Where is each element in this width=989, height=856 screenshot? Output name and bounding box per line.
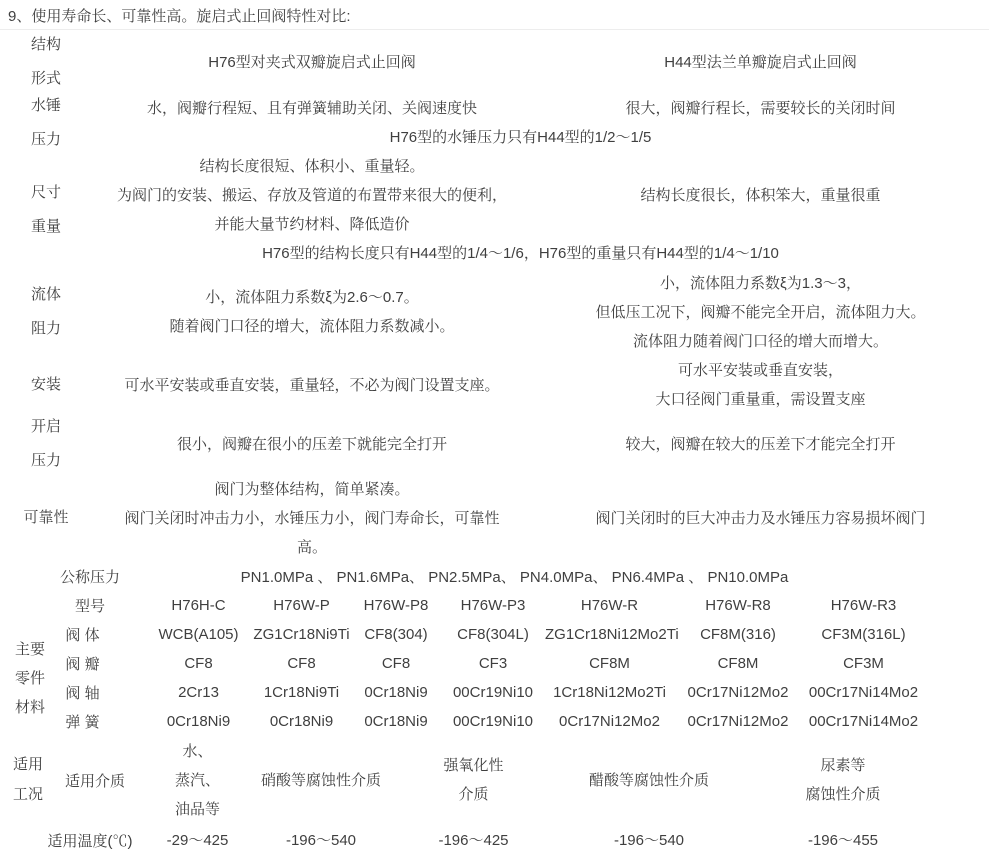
row-label-structure: 结构 形式 (0, 30, 92, 94)
model-value: H76W-R (545, 591, 674, 620)
conditions-inner: 适用介质 水、 蒸汽、 油品等 硝酸等腐蚀性介质 强氧化性 介质 醋酸等腐蚀性介… (0, 737, 989, 824)
valve-body-value: CF3M(316L) (802, 626, 925, 643)
temperature-label: 适用温度(℃) (0, 830, 145, 851)
h44-installation-cell: 可水平安装或垂直安装， 大口径阀门重量重，需设置支座 (532, 356, 989, 414)
media-value: 强氧化性 介质 (392, 737, 555, 824)
media-value: 水、 蒸汽、 油品等 (145, 737, 250, 824)
spring-value: 0Cr18Ni9 (252, 713, 351, 730)
spring-value: 0Cr18Ni9 (351, 713, 441, 730)
model-value: H76W-P8 (351, 591, 441, 620)
model-label: 型号 (0, 595, 145, 616)
model-values: H76H-C H76W-P H76W-P8 H76W-P3 H76W-R H76… (145, 591, 989, 620)
h44-flow-resistance-cell: 小，流体阻力系数ξ为1.3～3， 但低压工况下，阀瓣不能完全开启，流体阻力大。 … (532, 268, 989, 356)
valve-shaft-value: 00Cr17Ni14Mo2 (802, 684, 925, 701)
valve-disc-value: CF3 (441, 655, 545, 672)
spring-value: 0Cr17Ni12Mo2 (545, 713, 674, 730)
row-body: 结构长度很短、体积小、重量轻。 为阀门的安装、搬运、存放及管道的布置带来很大的便… (92, 152, 989, 239)
h44-size-weight-cell: 结构长度很长，体积笨大，重量很重 (532, 152, 989, 239)
row-body: 可水平安装或垂直安装，重量轻，不必为阀门设置支座。 可水平安装或垂直安装， 大口… (92, 356, 989, 414)
h76-structure-cell: H76型对夹式双瓣旋启式止回阀 (92, 30, 532, 94)
row-water-hammer: 水锤 压力 水，阀瓣行程短、且有弹簧辅助关闭、关阀速度快 很大，阀瓣行程长，需要… (0, 94, 989, 152)
size-weight-note: H76型的结构长度只有H44型的1/4～1/6，H76型的重量只有H44型的1/… (92, 239, 989, 268)
row-label-water-hammer: 水锤 压力 (0, 94, 92, 152)
row-body: 水，阀瓣行程短、且有弹簧辅助关闭、关阀速度快 很大，阀瓣行程长，需要较长的关闭时… (92, 94, 989, 123)
row-applicable-temperature: 适用温度(℃) -29～425 -196～540 -196～425 -196～5… (0, 824, 989, 856)
row-spring: 弹 簧 0Cr18Ni9 0Cr18Ni9 0Cr18Ni9 00Cr19Ni1… (0, 707, 989, 736)
nominal-pressure-label: 公称压力 (0, 566, 145, 587)
temperature-value: -196～540 (250, 826, 392, 855)
model-value: H76W-P (252, 591, 351, 620)
model-value: H76W-R3 (802, 591, 925, 620)
valve-body-values: WCB(A105) ZG1Cr18Ni9Ti CF8(304) CF8(304L… (145, 626, 925, 643)
row-installation: 安装 可水平安装或垂直安装，重量轻，不必为阀门设置支座。 可水平安装或垂直安装，… (0, 356, 989, 414)
media-value: 尿素等 腐蚀性介质 (743, 737, 943, 824)
row-label-installation: 安装 (0, 356, 92, 414)
comparison-table: 结构 形式 H76型对夹式双瓣旋启式止回阀 H44型法兰单瓣旋启式止回阀 水锤 … (0, 29, 989, 856)
valve-disc-value: CF3M (802, 655, 925, 672)
row-valve-shaft: 阀 轴 2Cr13 1Cr18Ni9Ti 0Cr18Ni9 00Cr19Ni10… (0, 678, 989, 707)
valve-shaft-value: 00Cr19Ni10 (441, 684, 545, 701)
spring-value: 0Cr18Ni9 (145, 713, 252, 730)
h76-opening-pressure-cell: 很小，阀瓣在很小的压差下就能完全打开 (92, 414, 532, 474)
spring-value: 00Cr17Ni14Mo2 (802, 713, 925, 730)
temperature-value: -29～425 (145, 826, 250, 855)
valve-shaft-value: 1Cr18Ni9Ti (252, 684, 351, 701)
row-structure: 结构 形式 H76型对夹式双瓣旋启式止回阀 H44型法兰单瓣旋启式止回阀 (0, 30, 989, 94)
row-opening-pressure: 开启 压力 很小，阀瓣在很小的压差下就能完全打开 较大，阀瓣在较大的压差下才能完… (0, 414, 989, 474)
row-size-weight: 尺寸 重量 结构长度很短、体积小、重量轻。 为阀门的安装、搬运、存放及管道的布置… (0, 152, 989, 268)
spring-values: 0Cr18Ni9 0Cr18Ni9 0Cr18Ni9 00Cr19Ni10 0C… (145, 713, 925, 730)
row-label-flow-resistance: 流体 阻力 (0, 268, 92, 356)
valve-disc-values: CF8 CF8 CF8 CF3 CF8M CF8M CF3M (145, 655, 925, 672)
valve-disc-value: CF8M (674, 655, 802, 672)
temperature-value: -196～455 (743, 826, 943, 855)
row-valve-body: 阀 体 WCB(A105) ZG1Cr18Ni9Ti CF8(304) CF8(… (0, 620, 989, 649)
row-valve-disc: 阀 瓣 CF8 CF8 CF8 CF3 CF8M CF8M CF3M (0, 649, 989, 678)
row-body: 很小，阀瓣在很小的压差下就能完全打开 较大，阀瓣在较大的压差下才能完全打开 (92, 414, 989, 474)
valve-disc-value: CF8 (252, 655, 351, 672)
row-label-size-weight: 尺寸 重量 (0, 152, 92, 268)
valve-body-value: WCB(A105) (145, 626, 252, 643)
spring-value: 0Cr17Ni12Mo2 (674, 713, 802, 730)
h44-opening-pressure-cell: 较大，阀瓣在较大的压差下才能完全打开 (532, 414, 989, 474)
media-value: 醋酸等腐蚀性介质 (555, 737, 743, 824)
model-value: H76W-P3 (441, 591, 545, 620)
h44-reliability-cell: 阀门关闭时的巨大冲击力及水锤压力容易损坏阀门 (532, 474, 989, 562)
page: 9、使用寿命长、可靠性高。旋启式止回阀特性对比: 结构 形式 H76型对夹式双瓣… (0, 0, 989, 856)
media-values: 水、 蒸汽、 油品等 硝酸等腐蚀性介质 强氧化性 介质 醋酸等腐蚀性介质 尿素等… (145, 737, 943, 824)
valve-shaft-value: 0Cr17Ni12Mo2 (674, 684, 802, 701)
h76-size-weight-cell: 结构长度很短、体积小、重量轻。 为阀门的安装、搬运、存放及管道的布置带来很大的便… (92, 152, 532, 239)
valve-shaft-value: 0Cr18Ni9 (351, 684, 441, 701)
materials-group-label: 主要 零件 材料 (0, 620, 60, 736)
media-value: 硝酸等腐蚀性介质 (250, 737, 392, 824)
row-body: H76型对夹式双瓣旋启式止回阀 H44型法兰单瓣旋启式止回阀 (92, 30, 989, 94)
water-hammer-note: H76型的水锤压力只有H44型的1/2～1/5 (92, 123, 989, 152)
valve-body-value: CF8(304L) (441, 626, 545, 643)
row-reliability: 可靠性 阀门为整体结构，简单紧凑。 阀门关闭时冲击力小，水锤压力小，阀门寿命长，… (0, 474, 989, 562)
h76-installation-cell: 可水平安装或垂直安装，重量轻，不必为阀门设置支座。 (92, 356, 532, 414)
nominal-pressure-value: PN1.0MPa 、 PN1.6MPa、 PN2.5MPa、 PN4.0MPa、… (145, 566, 884, 587)
h76-reliability-cell: 阀门为整体结构，简单紧凑。 阀门关闭时冲击力小，水锤压力小，阀门寿命长，可靠性 … (92, 474, 532, 562)
spring-value: 00Cr19Ni10 (441, 713, 545, 730)
valve-shaft-value: 1Cr18Ni12Mo2Ti (545, 684, 674, 701)
valve-body-value: CF8(304) (351, 626, 441, 643)
valve-disc-value: CF8 (145, 655, 252, 672)
row-nominal-pressure: 公称压力 PN1.0MPa 、 PN1.6MPa、 PN2.5MPa、 PN4.… (0, 562, 989, 591)
materials-section: 主要 零件 材料 阀 体 WCB(A105) ZG1Cr18Ni9Ti CF8(… (0, 620, 989, 736)
temperature-value: -196～425 (392, 826, 555, 855)
h44-structure-cell: H44型法兰单瓣旋启式止回阀 (532, 30, 989, 94)
h76-flow-resistance-cell: 小，流体阻力系数ξ为2.6～0.7。 随着阀门口径的增大，流体阻力系数减小。 (92, 268, 532, 356)
row-flow-resistance: 流体 阻力 小，流体阻力系数ξ为2.6～0.7。 随着阀门口径的增大，流体阻力系… (0, 268, 989, 356)
row-body: 阀门为整体结构，简单紧凑。 阀门关闭时冲击力小，水锤压力小，阀门寿命长，可靠性 … (92, 474, 989, 562)
row-label-opening-pressure: 开启 压力 (0, 414, 92, 474)
row-body: 小，流体阻力系数ξ为2.6～0.7。 随着阀门口径的增大，流体阻力系数减小。 小… (92, 268, 989, 356)
valve-shaft-value: 2Cr13 (145, 684, 252, 701)
h44-water-hammer-cell: 很大，阀瓣行程长，需要较长的关闭时间 (532, 94, 989, 123)
row-applicable-media: 适用 工况 适用介质 水、 蒸汽、 油品等 硝酸等腐蚀性介质 强氧化性 介质 醋… (0, 736, 989, 824)
h76-water-hammer-cell: 水，阀瓣行程短、且有弹簧辅助关闭、关阀速度快 (92, 94, 532, 123)
valve-body-value: ZG1Cr18Ni12Mo2Ti (545, 626, 674, 643)
row-label-reliability: 可靠性 (0, 474, 92, 562)
model-value: H76W-R8 (674, 591, 802, 620)
model-value: H76H-C (145, 591, 252, 620)
temperature-value: -196～540 (555, 826, 743, 855)
page-title: 9、使用寿命长、可靠性高。旋启式止回阀特性对比: (0, 0, 989, 29)
valve-disc-value: CF8 (351, 655, 441, 672)
conditions-group-label: 适用 工况 (0, 736, 56, 824)
valve-body-value: ZG1Cr18Ni9Ti (252, 626, 351, 643)
temperature-values: -29～425 -196～540 -196～425 -196～540 -196～… (145, 826, 943, 855)
valve-disc-value: CF8M (545, 655, 674, 672)
valve-body-value: CF8M(316) (674, 626, 802, 643)
valve-shaft-values: 2Cr13 1Cr18Ni9Ti 0Cr18Ni9 00Cr19Ni10 1Cr… (145, 684, 925, 701)
